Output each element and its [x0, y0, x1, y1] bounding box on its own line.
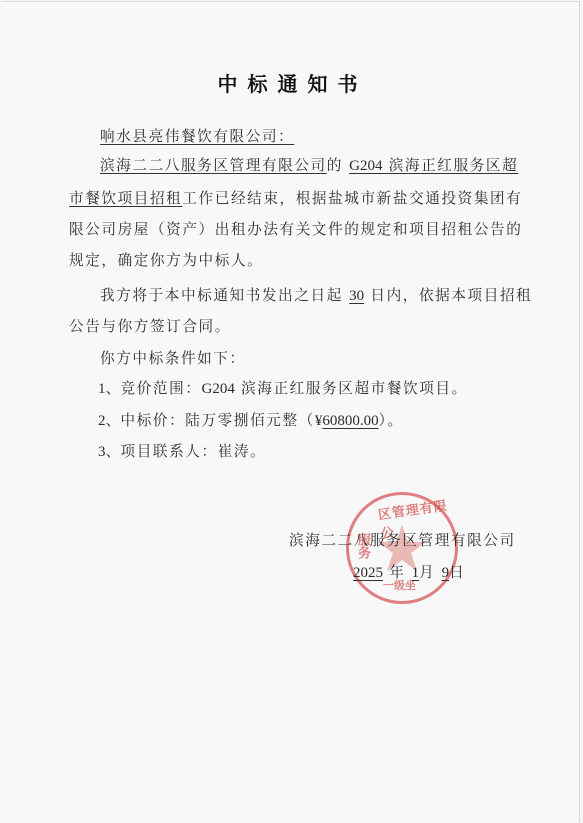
condition-item-1: 1、竞价范围：G204 滨海正红服务区超市餐饮项目。	[98, 380, 468, 398]
date-year-unit: 年	[383, 564, 412, 581]
paragraph1-line1: 滨海二二八服务区管理有限公司的 G204 滨海正红服务区超	[100, 157, 518, 175]
condition-value-end: ）。	[379, 412, 404, 429]
signature-company: 滨海二二八服务区管理有限公司	[289, 532, 516, 550]
date-day: 9	[442, 565, 450, 581]
project-name-line1: G204 滨海正红服务区超	[349, 157, 518, 174]
signature-date: 2025 年 1月 9日	[353, 564, 465, 582]
condition-index: 3、	[98, 444, 121, 460]
condition-code: G204	[202, 381, 235, 397]
recipient-line: 响水县亮伟餐饮有限公司：	[100, 128, 294, 146]
conditions-intro: 你方中标条件如下：	[100, 350, 246, 368]
condition-index: 2、	[98, 413, 121, 429]
recipient-name: 响水县亮伟餐饮有限公司：	[100, 128, 294, 145]
project-code: G204	[349, 158, 382, 174]
condition-value: 崔涛。	[218, 443, 267, 460]
condition-item-2: 2、中标价：陆万零捌佰元整（¥60800.00）。	[98, 412, 404, 430]
paragraph2-before-days: 我方将于本中标通知书发出之日起	[100, 287, 349, 304]
condition-item-3: 3、项目联系人：崔涛。	[98, 443, 266, 461]
paragraph1-line3: 限公司房屋（资产）出租办法有关文件的规定和项目招租公告的	[69, 221, 522, 239]
condition-value-cn: 陆万零捌佰元整（	[185, 412, 315, 429]
issuer-company: 滨海二二八服务区管理有限公司	[100, 157, 327, 174]
date-month-unit: 月	[419, 564, 441, 581]
connector-text: 的	[327, 157, 349, 174]
condition-label: 竞价范围：	[121, 380, 202, 397]
paragraph1-line2: 市餐饮项目招租工作已经结束，根据盐城市新盐交通投资集团有	[69, 190, 522, 208]
date-day-unit: 日	[449, 564, 465, 581]
paragraph1-line4: 规定，确定你方为中标人。	[69, 252, 263, 270]
condition-index: 1、	[98, 381, 121, 397]
project-name-part1: 滨海正红服务区超	[383, 157, 519, 174]
days-count: 30	[349, 288, 364, 304]
paragraph2-after-days: 日内，依据本项目招租	[364, 287, 532, 304]
condition-value: 滨海正红服务区超市餐饮项目。	[235, 380, 468, 397]
condition-label: 项目联系人：	[121, 443, 218, 460]
document-title: 中标通知书	[1, 68, 583, 97]
paragraph1-line2-rest: 工作已经结束，根据盐城市新盐交通投资集团有	[182, 190, 522, 207]
paragraph2-line1: 我方将于本中标通知书发出之日起 30 日内，依据本项目招租	[100, 287, 532, 305]
bid-amount: 60800.00	[322, 413, 378, 429]
document-page: 中标通知书 响水县亮伟餐饮有限公司： 滨海二二八服务区管理有限公司的 G204 …	[1, 1, 580, 822]
condition-label: 中标价：	[121, 412, 186, 429]
paragraph2-line2: 公告与你方签订合同。	[69, 318, 231, 336]
project-name-line2: 市餐饮项目招租	[69, 190, 182, 207]
date-year: 2025	[353, 565, 383, 581]
